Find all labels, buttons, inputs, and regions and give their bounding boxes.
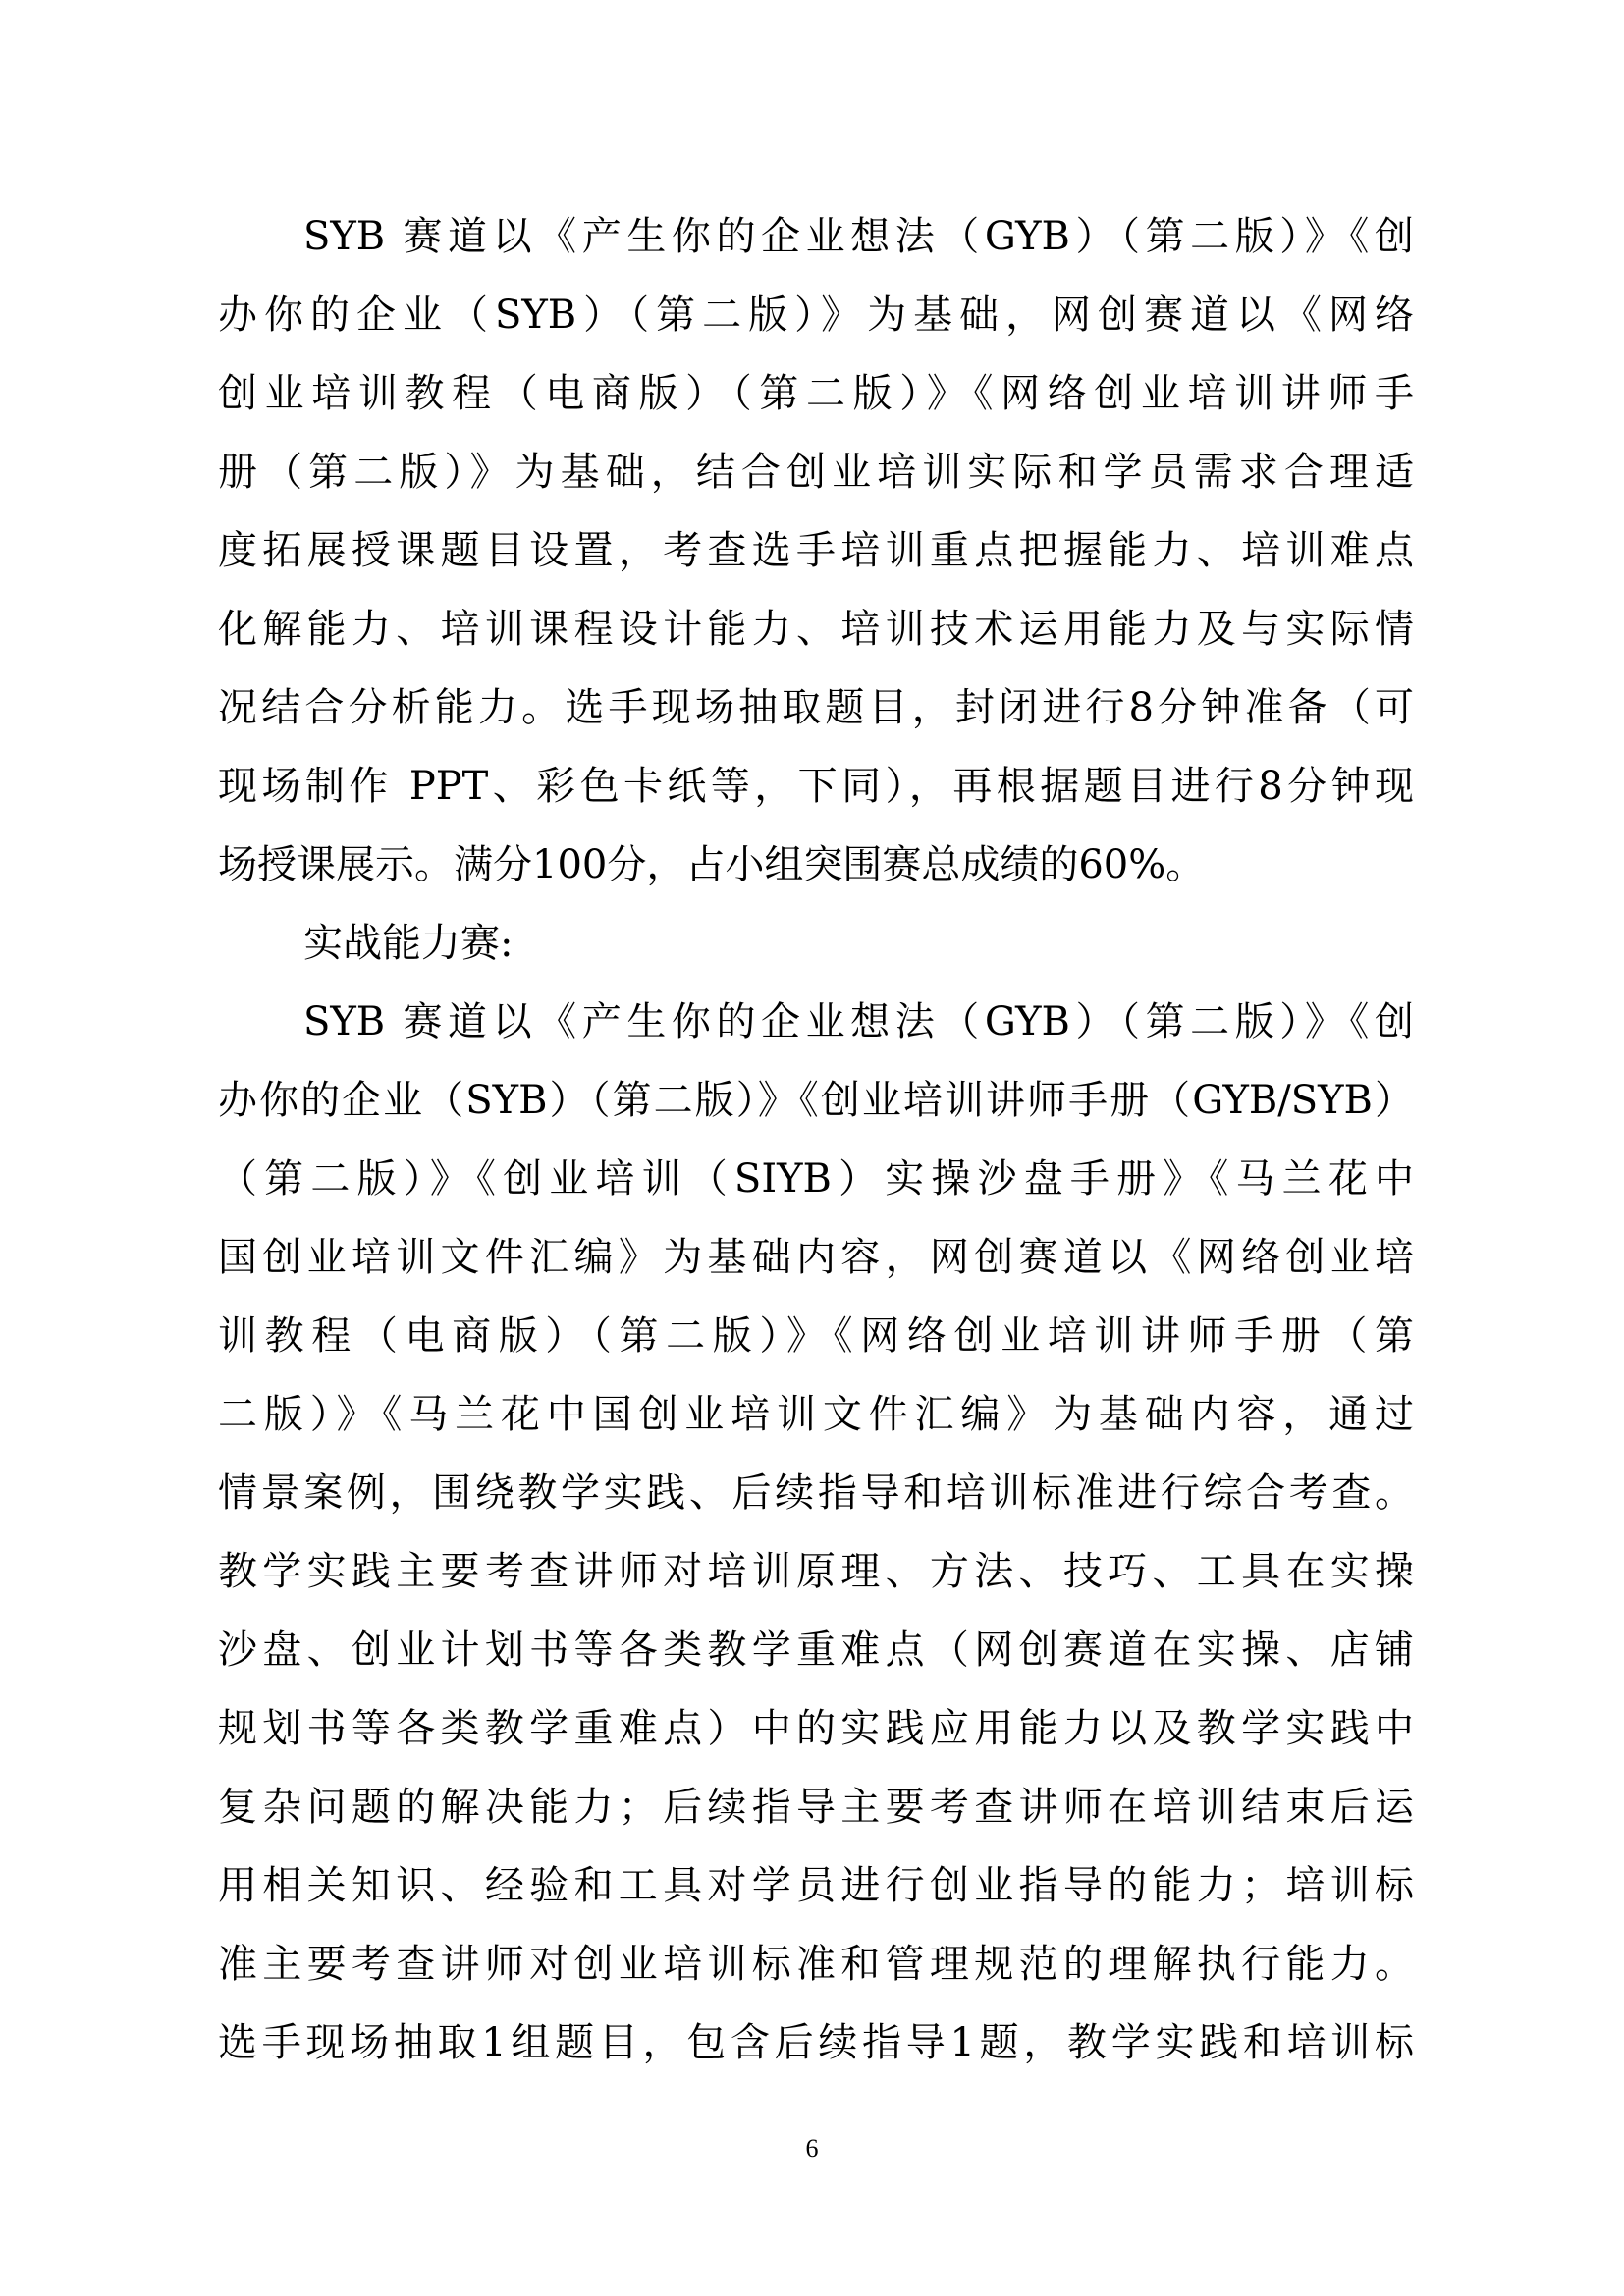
paragraph-line: 办你的企业（SYB）（第二版）》《创业培训讲师手册（GYB/SYB）: [218, 1071, 1414, 1130]
paragraph-line: 准主要考查讲师对创业培训标准和管理规范的理解执行能力。: [218, 1935, 1414, 1994]
paragraph-line: 训教程（电商版）（第二版）》《网络创业培训讲师手册（第: [218, 1307, 1414, 1365]
paragraph-line: 册（第二版）》为基础，结合创业培训实际和学员需求合理适: [218, 443, 1414, 502]
paragraph-line: 教学实践主要考查讲师对培训原理、方法、技巧、工具在实操: [218, 1542, 1414, 1601]
paragraph-line: 二版）》《马兰花中国创业培训文件汇编》为基础内容，通过: [218, 1385, 1414, 1444]
paragraph-line: 用相关知识、经验和工具对学员进行创业指导的能力；培训标: [218, 1856, 1414, 1915]
paragraph-line: 况结合分析能力。选手现场抽取题目，封闭进行8分钟准备（可: [218, 678, 1414, 737]
paragraph-line: 现场制作 PPT、彩色卡纸等，下同），再根据题目进行8分钟现: [218, 757, 1414, 816]
paragraph-line: 国创业培训文件汇编》为基础内容，网创赛道以《网络创业培: [218, 1228, 1414, 1287]
paragraph-line: 办你的企业（SYB）（第二版）》为基础，网创赛道以《网络: [218, 286, 1414, 345]
paragraph-line: 复杂问题的解决能力；后续指导主要考查讲师在培训结束后运: [218, 1778, 1414, 1837]
paragraph-line: 选手现场抽取1组题目，包含后续指导1题，教学实践和培训标: [218, 2013, 1414, 2072]
paragraph-line: 场授课展示。满分100分，占小组突围赛总成绩的60%。: [218, 835, 1414, 894]
paragraph-line: 创业培训教程（电商版）（第二版）》《网络创业培训讲师手: [218, 364, 1414, 423]
paragraph-line: （第二版）》《创业培训（SIYB）实操沙盘手册》《马兰花中: [218, 1149, 1414, 1208]
section-heading: 实战能力赛:: [303, 914, 1414, 973]
paragraph-line: SYB 赛道以《产生你的企业想法（GYB）（第二版）》《创: [303, 992, 1414, 1051]
paragraph-line: 沙盘、创业计划书等各类教学重难点（网创赛道在实操、店铺: [218, 1621, 1414, 1680]
paragraph-line: SYB 赛道以《产生你的企业想法（GYB）（第二版）》《创: [303, 207, 1414, 266]
page-number: 6: [0, 2134, 1624, 2163]
document-page: SYB 赛道以《产生你的企业想法（GYB）（第二版）》《创 办你的企业（SYB）…: [0, 0, 1624, 2296]
paragraph-line: 度拓展授课题目设置，考查选手培训重点把握能力、培训难点: [218, 521, 1414, 580]
paragraph-line: 规划书等各类教学重难点）中的实践应用能力以及教学实践中: [218, 1699, 1414, 1758]
paragraph-line: 化解能力、培训课程设计能力、培训技术运用能力及与实际情: [218, 600, 1414, 659]
paragraph-line: 情景案例，围绕教学实践、后续指导和培训标准进行综合考查。: [218, 1464, 1414, 1522]
